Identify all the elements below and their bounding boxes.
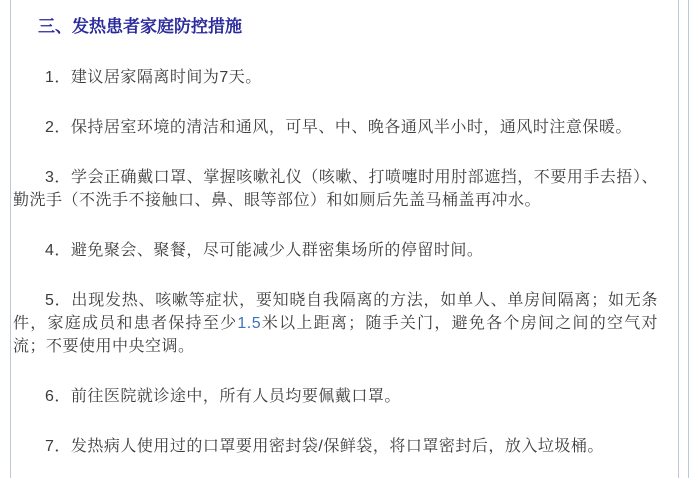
right-inner-border-line xyxy=(678,0,679,478)
measure-item-3: 3．学会正确戴口罩、掌握咳嗽礼仪（咳嗽、打喷嚏时用肘部遮挡，不要用手去捂）、勤洗… xyxy=(13,166,658,212)
article-content: 三、发热患者家庭防控措施 1．建议居家隔离时间为7天。 2．保持居室环境的清洁和… xyxy=(11,0,678,478)
measure-item-1: 1．建议居家隔离时间为7天。 xyxy=(13,66,658,89)
section-title: 三、发热患者家庭防控措施 xyxy=(38,15,658,39)
measure-item-5: 5．出现发热、咳嗽等症状，要知晓自我隔离的方法，如单人、单房间隔离；如无条件，家… xyxy=(13,289,658,358)
right-outer-border-line xyxy=(688,0,689,478)
measure-item-2: 2．保持居室环境的清洁和通风，可早、中、晚各通风半小时，通风时注意保暖。 xyxy=(13,116,658,139)
measure-item-4: 4．避免聚会、聚餐，尽可能减少人群密集场所的停留时间。 xyxy=(13,239,658,262)
distance-value: 1.5 xyxy=(237,315,261,332)
measure-item-6: 6．前往医院就诊途中，所有人员均要佩戴口罩。 xyxy=(13,385,658,408)
measure-item-7: 7．发热病人使用过的口罩要用密封袋/保鲜袋，将口罩密封后，放入垃圾桶。 xyxy=(13,435,658,458)
